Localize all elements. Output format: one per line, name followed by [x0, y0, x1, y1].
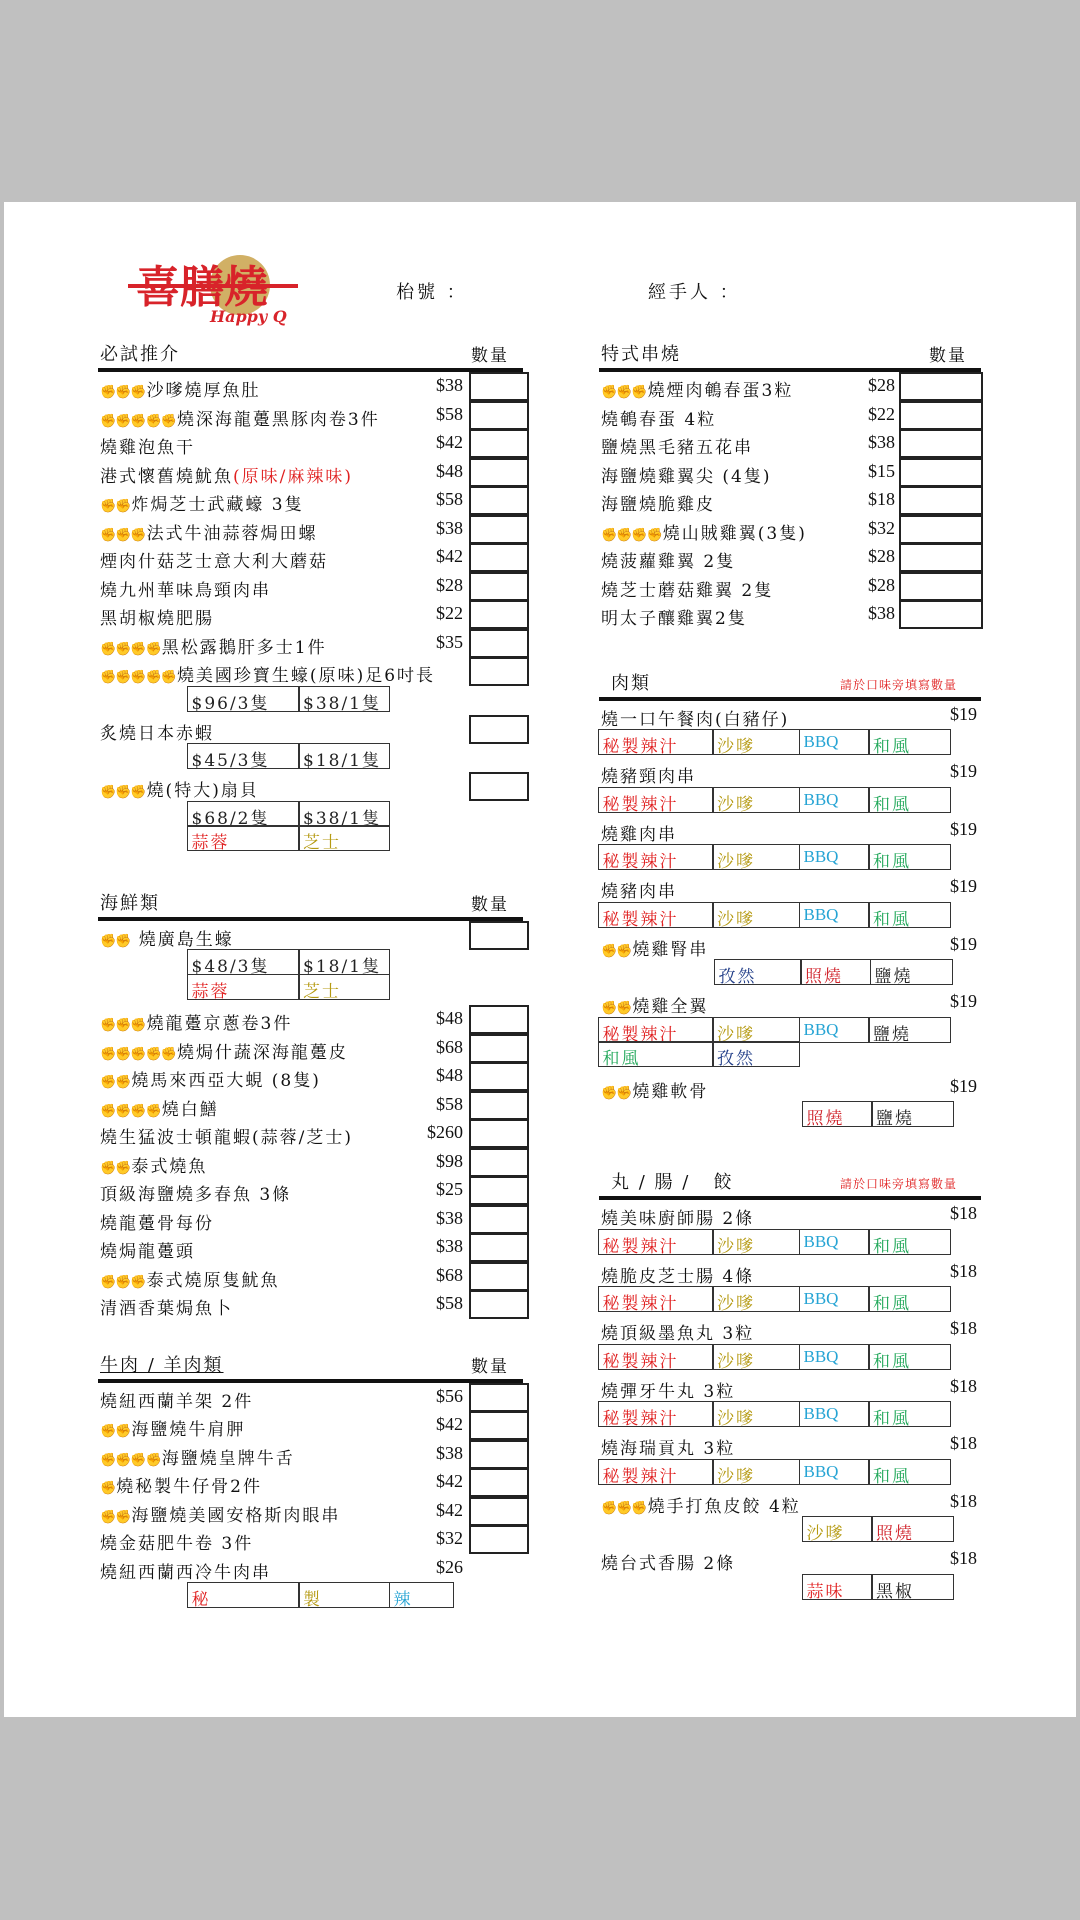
quantity-box[interactable] — [899, 515, 983, 544]
sauce-satay[interactable]: 沙嗲 — [712, 844, 800, 870]
item-name: 燒美味廚師腸 2條 — [601, 1204, 754, 1229]
quantity-box[interactable] — [469, 1290, 529, 1319]
option-satay[interactable]: 製 — [298, 1582, 390, 1608]
table-number-label: 枱號 ： — [396, 278, 468, 304]
quantity-box[interactable] — [469, 715, 529, 744]
menu-item: 燒豬肉串$19 — [599, 873, 981, 902]
sauce-teriyaki[interactable]: 照燒 — [800, 959, 871, 985]
right-column: 特式串燒數量✊✊✊燒煙肉鵪春蛋3粒$28燒鵪春蛋 4粒$22鹽燒黑毛豬五花串$3… — [599, 342, 981, 1603]
sauce-satay[interactable]: 沙嗲 — [802, 1516, 873, 1542]
option-price[interactable]: $18/1隻 — [298, 949, 390, 975]
item-price: $58 — [436, 404, 463, 425]
menu-item: ✊✊✊✊✊燒深海龍躉黑豚肉卷3件$58 — [98, 401, 523, 430]
thumbs-up-icon: ✊✊ — [100, 1424, 130, 1439]
item-name-text: 燒雞肉串 — [601, 825, 677, 845]
option-cheese[interactable]: 芝士 — [298, 825, 390, 851]
option-price[interactable]: $38/1隻 — [298, 801, 390, 827]
item-price: $28 — [868, 375, 895, 396]
quantity-box[interactable] — [469, 486, 529, 515]
quantity-box[interactable] — [469, 921, 529, 950]
option-garlic[interactable]: 蒜蓉 — [187, 825, 300, 851]
item-name: 港式懷舊燒魷魚(原味/麻辣味) — [100, 462, 353, 487]
item-name: 燒豬肉串 — [601, 877, 677, 902]
thumbs-up-icon: ✊✊✊ — [100, 528, 146, 543]
menu-item: 燒豬頸肉串$19 — [599, 758, 981, 787]
sauce-bbq[interactable]: BBQ — [799, 787, 870, 813]
sauce-cumin[interactable]: 孜然 — [714, 959, 802, 985]
logo-text: 喜膳燒 — [136, 262, 268, 313]
menu-item: ✊✊ 燒廣島生蠔 — [98, 921, 523, 950]
sauce-japanese[interactable]: 和風 — [868, 787, 951, 813]
item-name: ✊✊燒雞腎串 — [601, 935, 708, 960]
menu-item: ✊燒秘製牛仔骨2件$42 — [98, 1468, 523, 1497]
menu-item: ✊✊✊燒煙肉鵪春蛋3粒$28 — [599, 372, 981, 401]
sauce-grid: 秘製辣汁沙嗲BBQ和風 — [599, 902, 951, 928]
item-name-text: 燒手打魚皮餃 4粒 — [648, 1497, 801, 1517]
sauce-japanese[interactable]: 和風 — [598, 1041, 714, 1067]
thumbs-up-icon: ✊✊✊ — [100, 785, 146, 800]
menu-item: ✊✊✊燒手打魚皮餃 4粒$18 — [599, 1488, 981, 1517]
thumbs-up-icon: ✊✊✊✊ — [100, 1104, 161, 1119]
section-header: 肉類請於口味旁填寫數量 — [599, 671, 981, 697]
item-price: $58 — [436, 489, 463, 510]
logo-subtext: Happy Q — [209, 307, 287, 326]
item-price: $19 — [950, 819, 977, 840]
item-name-text: 海鹽燒脆雞皮 — [601, 495, 715, 515]
item-price: $68 — [436, 1037, 463, 1058]
sauce-secret-spicy[interactable]: 秘製辣汁 — [598, 729, 714, 755]
quantity-box[interactable] — [469, 372, 529, 401]
menu-item: 燒金菇肥牛卷 3件$32 — [98, 1525, 523, 1554]
item-name-text: 燒豬肉串 — [601, 882, 677, 902]
menu-item: ✊✊炸焗芝士武藏蠔 3隻$58 — [98, 486, 523, 515]
menu-item: 燒彈牙牛丸 3粒$18 — [599, 1373, 981, 1402]
item-name: 燒雞肉串 — [601, 820, 677, 845]
quantity-box[interactable] — [469, 657, 529, 686]
menu-item: ✊✊燒雞全翼$19 — [599, 988, 981, 1017]
item-name: 清酒香葉焗魚卜 — [100, 1294, 233, 1319]
item-name-text: 明太子釀雞翼2隻 — [601, 609, 747, 629]
item-name: ✊✊✊燒煙肉鵪春蛋3粒 — [601, 376, 793, 401]
quantity-box[interactable] — [899, 458, 983, 487]
sauce-satay[interactable]: 沙嗲 — [712, 1459, 800, 1485]
sauce-bbq[interactable]: BBQ — [799, 1344, 870, 1370]
item-name: 燒台式香腸 2條 — [601, 1549, 735, 1574]
item-name-text: 燒雞泡魚干 — [100, 438, 195, 458]
item-name-text: 鹽燒黑毛豬五花串 — [601, 438, 753, 458]
quantity-box[interactable] — [469, 1525, 529, 1554]
sauce-japanese[interactable]: 和風 — [868, 729, 951, 755]
quantity-box[interactable] — [469, 600, 529, 629]
sauce-satay[interactable]: 沙嗲 — [712, 1344, 800, 1370]
item-price: $42 — [436, 1500, 463, 1521]
item-price: $32 — [868, 518, 895, 539]
item-price: $18 — [950, 1433, 977, 1454]
quantity-box[interactable] — [469, 1119, 529, 1148]
item-name: 燒頂級墨魚丸 3粒 — [601, 1319, 754, 1344]
sauce-grid: 照燒鹽燒 — [803, 1101, 954, 1127]
item-name: ✊✊炸焗芝士武藏蠔 3隻 — [100, 490, 304, 515]
menu-item: ✊✊✊法式牛油蒜蓉焗田螺$38 — [98, 515, 523, 544]
item-name: ✊✊✊✊黑松露鵝肝多士1件 — [100, 633, 327, 658]
thumbs-up-icon: ✊✊✊✊ — [100, 642, 161, 657]
menu-item: 燒九州華味鳥頸肉串$28 — [98, 572, 523, 601]
quantity-header: 數量 — [929, 341, 967, 366]
sauce-secret-spicy[interactable]: 秘製辣汁 — [598, 1286, 714, 1312]
item-name-text: 燒龍躉京蔥卷3件 — [147, 1014, 293, 1034]
sauce-japanese[interactable]: 和風 — [868, 1344, 951, 1370]
quantity-box[interactable] — [469, 515, 529, 544]
item-name-text: 燒海瑞貢丸 3粒 — [601, 1439, 735, 1459]
quantity-box[interactable] — [469, 1262, 529, 1291]
quantity-box[interactable] — [899, 372, 983, 401]
quantity-box[interactable] — [469, 1440, 529, 1469]
sauce-wrapper: 秘製辣汁沙嗲BBQ和風 — [599, 787, 981, 816]
option-cheese[interactable]: 芝士 — [298, 974, 390, 1000]
item-name: ✊✊✊泰式燒原隻魷魚 — [100, 1266, 280, 1291]
item-price: $42 — [436, 432, 463, 453]
quantity-box[interactable] — [469, 429, 529, 458]
item-name-text: 燒(特大)扇貝 — [147, 781, 259, 801]
item-price: $18 — [950, 1261, 977, 1282]
option-wrapper: $45/3隻$18/1隻 — [98, 743, 523, 772]
menu-item: 燒脆皮芝士腸 4條$18 — [599, 1258, 981, 1287]
menu-item: ✊✊燒雞腎串$19 — [599, 931, 981, 960]
sauce-japanese[interactable]: 和風 — [868, 1401, 951, 1427]
item-name: ✊✊燒馬來西亞大蜆 (8隻) — [100, 1066, 321, 1091]
item-price: $48 — [436, 1008, 463, 1029]
item-name-text: 燒芝士蘑菇雞翼 2隻 — [601, 581, 773, 601]
sauce-salt-grill[interactable]: 鹽燒 — [871, 1101, 954, 1127]
thumbs-up-icon: ✊✊✊✊✊ — [100, 414, 176, 429]
section-header: 特式串燒數量 — [599, 342, 981, 368]
menu-item: ✊✊✊燒龍躉京蔥卷3件$48 — [98, 1005, 523, 1034]
item-name-text: 海鹽燒美國安格斯肉眼串 — [131, 1506, 340, 1526]
sauce-bbq[interactable]: BBQ — [799, 1286, 870, 1312]
option-grid: 蒜蓉芝士 — [188, 825, 390, 851]
item-price: $25 — [436, 1179, 463, 1200]
item-name: 燒紐西蘭西冷牛肉串 — [100, 1558, 271, 1583]
item-name: ✊✊✊燒龍躉京蔥卷3件 — [100, 1009, 292, 1034]
item-name-text: 燒秘製牛仔骨2件 — [116, 1477, 262, 1497]
item-name-text: 燒雞腎串 — [632, 940, 708, 960]
item-name: 炙燒日本赤蝦 — [100, 719, 214, 744]
menu-item: 燒台式香腸 2條$18 — [599, 1545, 981, 1574]
item-price: $28 — [868, 575, 895, 596]
menu-item: 燒雞肉串$19 — [599, 816, 981, 845]
sauce-satay[interactable]: 沙嗲 — [712, 1229, 800, 1255]
thumbs-up-icon: ✊✊✊✊ — [601, 528, 662, 543]
quantity-box[interactable] — [899, 486, 983, 515]
section-title: 肉類 — [611, 669, 651, 695]
menu-item: 燒海瑞貢丸 3粒$18 — [599, 1430, 981, 1459]
item-price: $38 — [868, 432, 895, 453]
option-bbq[interactable]: 辣 — [389, 1582, 454, 1608]
sauce-teriyaki[interactable]: 照燒 — [802, 1101, 873, 1127]
menu-item: ✊✊✊✊黑松露鵝肝多士1件$35 — [98, 629, 523, 658]
item-price: $18 — [950, 1203, 977, 1224]
item-price: $35 — [436, 632, 463, 653]
item-name-text: 沙嗲燒厚魚肚 — [147, 381, 261, 401]
sauce-teriyaki[interactable]: 照燒 — [871, 1516, 954, 1542]
item-name: ✊✊ 燒廣島生蠔 — [100, 925, 234, 950]
item-name: ✊✊燒雞全翼 — [601, 992, 708, 1017]
sauce-cumin[interactable]: 孜然 — [712, 1041, 800, 1067]
menu-item: ✊✊✊✊海鹽燒皇牌牛舌$38 — [98, 1440, 523, 1469]
menu-item: 燒雞泡魚干$42 — [98, 429, 523, 458]
item-name-text: 燒美味廚師腸 2條 — [601, 1209, 754, 1229]
option-wrapper: $68/2隻$38/1隻蒜蓉芝士 — [98, 801, 523, 857]
item-price: $28 — [868, 546, 895, 567]
item-name: 頂級海鹽燒多春魚 3條 — [100, 1180, 291, 1205]
menu-item: 黑胡椒燒肥腸$22 — [98, 600, 523, 629]
item-name-text: 燒台式香腸 2條 — [601, 1554, 735, 1574]
quantity-box[interactable] — [469, 1383, 529, 1412]
menu-item: ✊✊海鹽燒美國安格斯肉眼串$42 — [98, 1497, 523, 1526]
menu-item: 海鹽燒雞翼尖 (4隻)$15 — [599, 458, 981, 487]
sauce-grid: 秘製辣汁沙嗲BBQ和風 — [599, 1286, 951, 1312]
item-price: $42 — [436, 546, 463, 567]
sauce-salt-grill[interactable]: 鹽燒 — [868, 1017, 951, 1043]
sauce-satay[interactable]: 沙嗲 — [712, 1286, 800, 1312]
menu-item: 燒芝士蘑菇雞翼 2隻$28 — [599, 572, 981, 601]
item-name-text: 法式牛油蒜蓉焗田螺 — [147, 524, 318, 544]
menu-item: ✊✊海鹽燒牛肩胛$42 — [98, 1411, 523, 1440]
sauce-garlic[interactable]: 蒜味 — [802, 1574, 873, 1600]
item-price: $26 — [436, 1557, 463, 1578]
sauce-secret-spicy[interactable]: 秘製辣汁 — [598, 1344, 714, 1370]
option-grid: $48/3隻$18/1隻 — [188, 949, 390, 975]
quantity-box[interactable] — [469, 1497, 529, 1526]
quantity-box[interactable] — [469, 629, 529, 658]
sauce-salt-grill[interactable]: 鹽燒 — [870, 959, 953, 985]
thumbs-up-icon: ✊✊✊✊ — [100, 1453, 161, 1468]
sauce-satay[interactable]: 沙嗲 — [712, 729, 800, 755]
sauce-secret-spicy[interactable]: 秘製辣汁 — [598, 787, 714, 813]
item-name: 黑胡椒燒肥腸 — [100, 604, 214, 629]
sauce-japanese[interactable]: 和風 — [868, 1286, 951, 1312]
section-title: 特式串燒 — [601, 340, 681, 366]
item-price: $98 — [436, 1151, 463, 1172]
sauce-grid: 秘製辣汁沙嗲BBQ和風 — [599, 729, 951, 755]
menu-item: 港式懷舊燒魷魚(原味/麻辣味)$48 — [98, 458, 523, 487]
quantity-box[interactable] — [899, 429, 983, 458]
quantity-box[interactable] — [899, 572, 983, 601]
thumbs-up-icon: ✊✊✊ — [601, 385, 647, 400]
item-name: 燒金菇肥牛卷 3件 — [100, 1529, 253, 1554]
quantity-box[interactable] — [899, 401, 983, 430]
item-name: ✊✊✊✊✊燒美國珍寶生蠔(原味)足6吋長 — [100, 661, 435, 686]
item-price: $19 — [950, 876, 977, 897]
sauce-wrapper: 沙嗲照燒 — [599, 1516, 981, 1545]
quantity-box[interactable] — [469, 572, 529, 601]
menu-item: ✊✊燒雞軟骨$19 — [599, 1073, 981, 1102]
quantity-box[interactable] — [469, 1005, 529, 1034]
menu-item: 鹽燒黑毛豬五花串$38 — [599, 429, 981, 458]
sauce-grid: 秘製辣汁沙嗲BBQ和風 — [599, 844, 951, 870]
option-grid: 秘製辣 — [188, 1582, 454, 1608]
quantity-box[interactable] — [469, 1205, 529, 1234]
sauce-japanese[interactable]: 和風 — [868, 902, 951, 928]
sauce-grid: 秘製辣汁沙嗲BBQ和風 — [599, 1459, 951, 1485]
option-price[interactable]: $45/3隻 — [187, 743, 300, 769]
sauce-bbq[interactable]: BBQ — [799, 1229, 870, 1255]
item-price: $260 — [427, 1122, 463, 1143]
section-title: 海鮮類 — [100, 889, 160, 915]
menu-item: ✊✊✊✊燒山賊雞翼(3隻)$32 — [599, 515, 981, 544]
sauce-bbq[interactable]: BBQ — [799, 902, 870, 928]
item-name: ✊✊✊✊✊燒深海龍躉黑豚肉卷3件 — [100, 405, 380, 430]
option-price[interactable]: $68/2隻 — [187, 801, 300, 827]
sauce-wrapper: 秘製辣汁沙嗲BBQ和風 — [599, 1286, 981, 1315]
sauce-satay[interactable]: 沙嗲 — [712, 902, 800, 928]
sauce-grid: 沙嗲照燒 — [803, 1516, 954, 1542]
item-price: $38 — [436, 1236, 463, 1257]
item-price: $18 — [950, 1548, 977, 1569]
item-name: 鹽燒黑毛豬五花串 — [601, 433, 753, 458]
item-name-text: 燒雞全翼 — [632, 997, 708, 1017]
option-secret-spicy[interactable]: 秘 — [187, 1582, 300, 1608]
sauce-wrapper: 秘製辣汁沙嗲BBQ和風 — [599, 729, 981, 758]
item-name: 明太子釀雞翼2隻 — [601, 604, 747, 629]
quantity-box[interactable] — [469, 1148, 529, 1177]
item-name-text: 燒煙肉鵪春蛋3粒 — [648, 381, 794, 401]
sauce-secret-spicy[interactable]: 秘製辣汁 — [598, 1229, 714, 1255]
item-name-text: 燒美國珍寶生蠔(原味)足6吋長 — [177, 666, 435, 686]
item-name-text: 燒焗龍躉頭 — [100, 1242, 195, 1262]
item-price: $58 — [436, 1094, 463, 1115]
menu-item: 煙肉什菇芝士意大利大蘑菇$42 — [98, 543, 523, 572]
quantity-header: 數量 — [471, 341, 509, 366]
quantity-box[interactable] — [899, 600, 983, 629]
item-name-text: 煙肉什菇芝士意大利大蘑菇 — [100, 552, 328, 572]
sauce-wrapper: 蒜味黑椒 — [599, 1574, 981, 1603]
item-name-text: 燒九州華味鳥頸肉串 — [100, 581, 271, 601]
item-price: $48 — [436, 461, 463, 482]
item-name-text: 炙燒日本赤蝦 — [100, 724, 214, 744]
item-price: $19 — [950, 1076, 977, 1097]
menu-item: ✊✊✊泰式燒原隻魷魚$68 — [98, 1262, 523, 1291]
sauce-bbq[interactable]: BBQ — [799, 844, 870, 870]
item-price: $38 — [436, 375, 463, 396]
quantity-box[interactable] — [899, 543, 983, 572]
sauce-japanese[interactable]: 和風 — [868, 1229, 951, 1255]
menu-item: 燒焗龍躉頭$38 — [98, 1233, 523, 1262]
section-title: 必試推介 — [100, 340, 180, 366]
item-name: ✊燒秘製牛仔骨2件 — [100, 1472, 262, 1497]
quantity-box[interactable] — [469, 1034, 529, 1063]
thumbs-up-icon: ✊✊ — [100, 1161, 130, 1176]
quantity-box[interactable] — [469, 1411, 529, 1440]
item-name-text: 黑胡椒燒肥腸 — [100, 609, 214, 629]
item-name: ✊✊✊法式牛油蒜蓉焗田螺 — [100, 519, 318, 544]
section-header: 丸 / 腸 / 餃請於口味旁填寫數量 — [599, 1170, 981, 1196]
sauce-satay[interactable]: 沙嗲 — [712, 1401, 800, 1427]
item-name: ✊✊泰式燒魚 — [100, 1152, 207, 1177]
item-name: ✊✊燒雞軟骨 — [601, 1077, 708, 1102]
item-price: $22 — [868, 404, 895, 425]
sauce-grid: 秘製辣汁沙嗲BBQ和風 — [599, 1401, 951, 1427]
sauce-secret-spicy[interactable]: 秘製辣汁 — [598, 844, 714, 870]
sauce-black-pepper[interactable]: 黑椒 — [871, 1574, 954, 1600]
sauce-secret-spicy[interactable]: 秘製辣汁 — [598, 1401, 714, 1427]
sauce-secret-spicy[interactable]: 秘製辣汁 — [598, 1017, 714, 1043]
sauce-grid: 秘製辣汁沙嗲BBQ和風 — [599, 1344, 951, 1370]
item-price: $38 — [436, 518, 463, 539]
quantity-box[interactable] — [469, 543, 529, 572]
quantity-header: 數量 — [471, 1352, 509, 1377]
item-name-text: 燒廣島生蠔 — [131, 930, 233, 950]
item-name: ✊✊✊燒(特大)扇貝 — [100, 776, 259, 801]
item-price: $19 — [950, 761, 977, 782]
menu-item: 燒頂級墨魚丸 3粒$18 — [599, 1315, 981, 1344]
quantity-box[interactable] — [469, 1176, 529, 1205]
item-name-text: 海鹽燒雞翼尖 (4隻) — [601, 467, 771, 487]
sauce-bbq[interactable]: BBQ — [799, 1017, 870, 1043]
item-name-text: 燒菠蘿雞翼 2隻 — [601, 552, 735, 572]
item-name-text: 燒深海龍躉黑豚肉卷3件 — [177, 410, 380, 430]
sauce-secret-spicy[interactable]: 秘製辣汁 — [598, 902, 714, 928]
sauce-japanese[interactable]: 和風 — [868, 1459, 951, 1485]
menu-item: ✊✊✊沙嗲燒厚魚肚$38 — [98, 372, 523, 401]
sauce-bbq[interactable]: BBQ — [799, 729, 870, 755]
item-name-text: 燒金菇肥牛卷 3件 — [100, 1534, 253, 1554]
item-name: 燒海瑞貢丸 3粒 — [601, 1434, 735, 1459]
quantity-box[interactable] — [469, 1091, 529, 1120]
section-header: 海鮮類數量 — [98, 891, 523, 917]
item-name: 燒彈牙牛丸 3粒 — [601, 1377, 735, 1402]
item-price: $58 — [436, 1293, 463, 1314]
item-price: $56 — [436, 1386, 463, 1407]
sauce-satay[interactable]: 沙嗲 — [712, 1017, 800, 1043]
sauce-secret-spicy[interactable]: 秘製辣汁 — [598, 1459, 714, 1485]
quantity-box[interactable] — [469, 458, 529, 487]
sauce-satay[interactable]: 沙嗲 — [712, 787, 800, 813]
section-title: 丸 / 腸 / 餃 — [611, 1168, 733, 1194]
quantity-box[interactable] — [469, 772, 529, 801]
quantity-box[interactable] — [469, 401, 529, 430]
option-price[interactable]: $38/1隻 — [298, 686, 390, 712]
item-name: 海鹽燒脆雞皮 — [601, 490, 715, 515]
option-grid: $68/2隻$38/1隻 — [188, 801, 390, 827]
item-price: $42 — [436, 1414, 463, 1435]
menu-item: 明太子釀雞翼2隻$38 — [599, 600, 981, 629]
item-price: $48 — [436, 1065, 463, 1086]
item-price: $38 — [868, 603, 895, 624]
option-price[interactable]: $96/3隻 — [187, 686, 300, 712]
item-name-text: 燒焗什蔬深海龍躉皮 — [177, 1043, 348, 1063]
quantity-box[interactable] — [469, 1233, 529, 1262]
option-garlic[interactable]: 蒜蓉 — [187, 974, 300, 1000]
option-price[interactable]: $18/1隻 — [298, 743, 390, 769]
item-name: 燒鵪春蛋 4粒 — [601, 405, 716, 430]
sauce-bbq[interactable]: BBQ — [799, 1401, 870, 1427]
sauce-wrapper: 秘製辣汁沙嗲BBQ和風 — [599, 844, 981, 873]
sauce-bbq[interactable]: BBQ — [799, 1459, 870, 1485]
item-price: $18 — [868, 489, 895, 510]
item-name-text: 泰式燒魚 — [131, 1157, 207, 1177]
quantity-box[interactable] — [469, 1468, 529, 1497]
item-price: $18 — [950, 1376, 977, 1397]
quantity-box[interactable] — [469, 1062, 529, 1091]
sauce-japanese[interactable]: 和風 — [868, 844, 951, 870]
section-title: 牛肉 / 羊肉類 — [100, 1351, 224, 1377]
option-price[interactable]: $48/3隻 — [187, 949, 300, 975]
sauce-grid: 和風孜然 — [599, 1041, 800, 1067]
item-name: 燒九州華味鳥頸肉串 — [100, 576, 271, 601]
flavor-note: 請於口味旁填寫數量 — [840, 1175, 957, 1192]
item-name-text: 燒馬來西亞大蜆 (8隻) — [131, 1071, 320, 1091]
